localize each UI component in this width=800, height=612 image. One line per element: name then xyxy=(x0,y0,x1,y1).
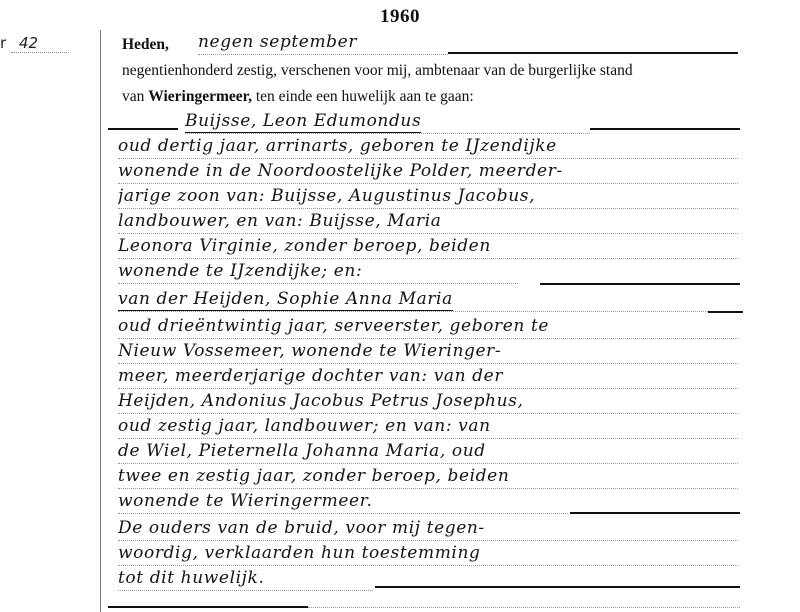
fill-rule xyxy=(590,128,740,130)
margin-reference: r 42 xyxy=(0,34,69,53)
handwritten-line: de Wiel, Pieternella Johanna Maria, oud xyxy=(118,439,738,464)
handwritten-line: landbouwer, en van: Buijsse, Maria xyxy=(118,209,738,234)
handwritten-line: oud dertig jaar, arrinarts, geboren te I… xyxy=(118,134,738,159)
handwritten-line: jarige zoon van: Buijsse, Augustinus Jac… xyxy=(118,184,738,209)
printed-line-2: negentienhonderd zestig, verschenen voor… xyxy=(122,62,633,80)
handwritten-line: meer, meerderjarige dochter van: van der xyxy=(118,364,738,389)
printed-van: van xyxy=(122,88,144,105)
handwritten-line: oud zestig jaar, landbouwer; en van: van xyxy=(118,414,738,439)
handwritten-line: Heijden, Andonius Jacobus Petrus Josephu… xyxy=(118,389,738,414)
document-year: 1960 xyxy=(380,6,420,28)
fill-rule xyxy=(708,311,743,313)
margin-reference-prefix: r xyxy=(0,34,6,52)
handwritten-date: negen september xyxy=(198,30,448,55)
fill-rule xyxy=(108,606,308,608)
bride-name: van der Heijden, Sophie Anna Maria xyxy=(118,287,718,312)
groom-name-text: Buijsse, Leon Edumondus xyxy=(185,111,421,134)
margin-divider xyxy=(100,30,101,612)
fill-rule xyxy=(448,52,738,54)
fill-rule xyxy=(540,283,740,285)
handwritten-line: wonende te IJzendijke; en: xyxy=(118,259,518,284)
handwritten-line: oud drieëntwintig jaar, serveerster, geb… xyxy=(118,314,738,339)
handwritten-line: De ouders van de bruid, voor mij tegen- xyxy=(118,516,738,541)
fill-rule xyxy=(108,128,178,130)
handwritten-line: woordig, verklaarden hun toestemming xyxy=(118,541,738,566)
handwritten-line: tot dit huwelijk. xyxy=(118,566,373,591)
dotted-line xyxy=(308,607,740,608)
handwritten-line: wonende te Wieringermeer. xyxy=(118,489,568,514)
printed-purpose: ten einde een huwelijk aan te gaan: xyxy=(256,88,474,105)
handwritten-line: twee en zestig jaar, zonder beroep, beid… xyxy=(118,464,738,489)
printed-municipality: Wieringermeer, xyxy=(148,88,252,105)
fill-rule xyxy=(375,586,740,588)
handwritten-line: Nieuw Vossemeer, wonende te Wieringer- xyxy=(118,339,738,364)
fill-rule xyxy=(570,512,740,514)
margin-reference-number: 42 xyxy=(11,34,69,53)
printed-line-1: Heden, xyxy=(122,36,169,54)
printed-heden: Heden, xyxy=(122,36,169,53)
handwritten-line: wonende in de Noordoostelijke Polder, me… xyxy=(118,159,738,184)
groom-name: Buijsse, Leon Edumondus xyxy=(185,109,590,134)
bride-name-text: van der Heijden, Sophie Anna Maria xyxy=(118,289,453,312)
handwritten-line: Leonora Virginie, zonder beroep, beiden xyxy=(118,234,738,259)
printed-line-3: van Wieringermeer, ten einde een huwelij… xyxy=(122,88,474,106)
